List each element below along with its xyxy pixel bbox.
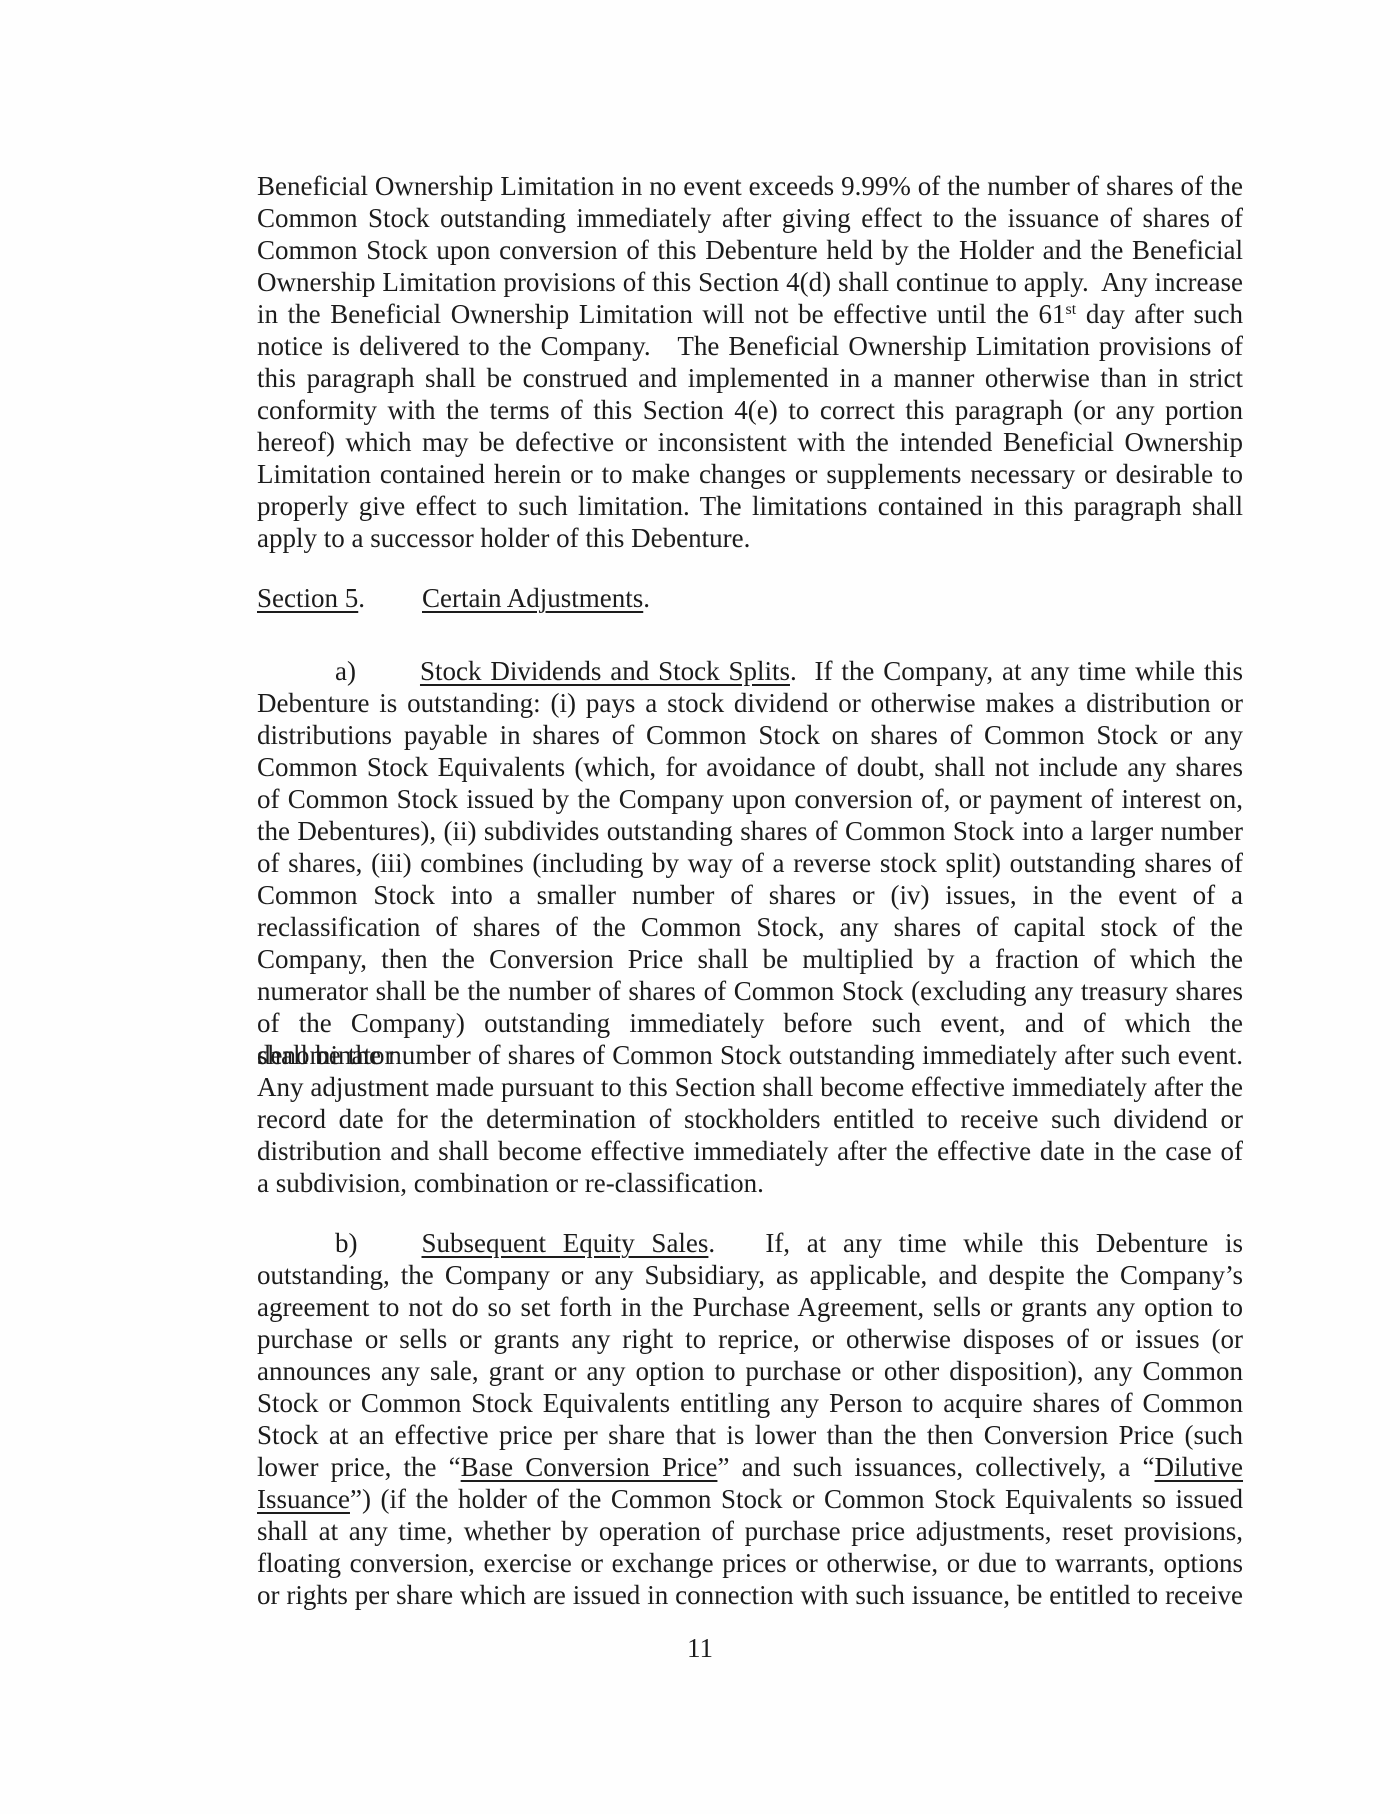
text-run: a) (335, 656, 356, 686)
text-line: conformity with the terms of this Sectio… (257, 394, 1243, 426)
text-line: apply to a successor holder of this Debe… (257, 522, 1243, 554)
indent-spacer (257, 679, 335, 680)
section-5-heading: Section 5. Certain Adjustments. (257, 582, 1243, 614)
text-run: ”) (if the holder of the Common Stock or… (350, 1484, 1243, 1514)
text-line: Common Stock Equivalents (which, for avo… (257, 751, 1243, 783)
text-line: of Common Stock issued by the Company up… (257, 783, 1243, 815)
text-run: conformity with the terms of this Sectio… (257, 395, 1243, 425)
underlined-text: Issuance (257, 1484, 350, 1514)
text-line: Common Stock into a smaller number of sh… (257, 879, 1243, 911)
underlined-text: Dilutive (1155, 1452, 1244, 1482)
text-line: Common Stock outstanding immediately aft… (257, 202, 1243, 234)
text-run: record date for the determination of sto… (257, 1104, 1243, 1134)
text-line: shall be the number of shares of Common … (257, 1039, 1243, 1071)
tab-spacer (356, 679, 420, 680)
section-number-period: . (358, 583, 365, 613)
text-run: Beneficial Ownership Limitation in no ev… (257, 171, 1243, 201)
text-line: floating conversion, exercise or exchang… (257, 1547, 1243, 1579)
text-line: Ownership Limitation provisions of this … (257, 266, 1243, 298)
text-run: . If the Company, at any time while this (790, 656, 1243, 686)
document-page: Beneficial Ownership Limitation in no ev… (0, 0, 1400, 1814)
text-run: b) (335, 1228, 358, 1258)
section-title-period: . (643, 583, 650, 613)
text-line: notice is delivered to the Company. The … (257, 330, 1243, 362)
page-number: 11 (0, 1632, 1400, 1664)
text-line: hereof) which may be defective or incons… (257, 426, 1243, 458)
text-run: Stock or Common Stock Equivalents entitl… (257, 1388, 1243, 1418)
indent-spacer (257, 1251, 335, 1252)
text-line: Issuance”) (if the holder of the Common … (257, 1483, 1243, 1515)
section-number: Section 5. (257, 583, 365, 613)
text-line: purchase or sells or grants any right to… (257, 1323, 1243, 1355)
text-line: of shares, (iii) combines (including by … (257, 847, 1243, 879)
text-run: Stock at an effective price per share th… (257, 1420, 1243, 1450)
text-line: agreement to not do so set forth in the … (257, 1291, 1243, 1323)
text-run: or rights per share which are issued in … (257, 1580, 1243, 1610)
text-line: shall at any time, whether by operation … (257, 1515, 1243, 1547)
text-line: the Debentures), (ii) subdivides outstan… (257, 815, 1243, 847)
text-run: Any adjustment made pursuant to this Sec… (257, 1072, 1243, 1102)
text-line: distributions payable in shares of Commo… (257, 719, 1243, 751)
paragraph-a-stock-dividends-and-stock-splits: a)Stock Dividends and Stock Splits. If t… (257, 655, 1243, 1199)
text-run: the Debentures), (ii) subdivides outstan… (257, 816, 1243, 846)
text-run: of Common Stock issued by the Company up… (257, 784, 1243, 814)
text-run: lower price, the “ (257, 1452, 461, 1482)
text-line: numerator shall be the number of shares … (257, 975, 1243, 1007)
text-run: notice is delivered to the Company. The … (257, 331, 1243, 361)
text-line: Company, then the Conversion Price shall… (257, 943, 1243, 975)
text-line: Debenture is outstanding: (i) pays a sto… (257, 687, 1243, 719)
text-line: a)Stock Dividends and Stock Splits. If t… (257, 655, 1243, 687)
underlined-text: Base Conversion Price (461, 1452, 718, 1482)
section-title: Certain Adjustments. (422, 582, 650, 614)
text-run: Common Stock into a smaller number of sh… (257, 880, 1243, 910)
text-run: purchase or sells or grants any right to… (257, 1324, 1243, 1354)
text-line: b)Subsequent Equity Sales. If, at any ti… (257, 1227, 1243, 1259)
text-line: properly give effect to such limitation.… (257, 490, 1243, 522)
text-run: . If, at any time while this Debenture i… (708, 1228, 1243, 1258)
section-number-text: Section 5 (257, 583, 358, 613)
text-run: Common Stock outstanding immediately aft… (257, 203, 1243, 233)
text-run: distributions payable in shares of Commo… (257, 720, 1243, 750)
text-run: numerator shall be the number of shares … (257, 976, 1243, 1006)
tab-spacer (358, 1251, 422, 1252)
text-run: Limitation contained herein or to make c… (257, 459, 1243, 489)
text-run: shall at any time, whether by operation … (257, 1516, 1243, 1546)
underlined-text: Stock Dividends and Stock Splits (420, 656, 790, 686)
text-run: Company, then the Conversion Price shall… (257, 944, 1243, 974)
text-run: Ownership Limitation provisions of this … (257, 267, 1243, 297)
text-line: Beneficial Ownership Limitation in no ev… (257, 170, 1243, 202)
text-run: a subdivision, combination or re-classif… (257, 1168, 764, 1198)
text-run: day after such (1076, 299, 1243, 329)
text-run: shall be the number of shares of Common … (257, 1040, 1243, 1070)
paragraph-beneficial-ownership-limitation: Beneficial Ownership Limitation in no ev… (257, 170, 1243, 554)
text-run: outstanding, the Company or any Subsidia… (257, 1260, 1243, 1290)
text-line: Any adjustment made pursuant to this Sec… (257, 1071, 1243, 1103)
text-run: Common Stock upon conversion of this Deb… (257, 235, 1243, 265)
text-run: in the Beneficial Ownership Limitation w… (257, 299, 1066, 329)
text-run: this paragraph shall be construed and im… (257, 363, 1243, 393)
text-run: distribution and shall become effective … (257, 1136, 1243, 1166)
text-line: a subdivision, combination or re-classif… (257, 1167, 1243, 1199)
text-run: floating conversion, exercise or exchang… (257, 1548, 1243, 1578)
superscript-text: st (1066, 301, 1077, 318)
text-line: this paragraph shall be construed and im… (257, 362, 1243, 394)
text-run: agreement to not do so set forth in the … (257, 1292, 1243, 1322)
text-run: Common Stock Equivalents (which, for avo… (257, 752, 1243, 782)
text-line: reclassification of shares of the Common… (257, 911, 1243, 943)
text-run: properly give effect to such limitation.… (257, 491, 1243, 521)
text-line: of the Company) outstanding immediately … (257, 1007, 1243, 1039)
text-run: hereof) which may be defective or incons… (257, 427, 1243, 457)
text-line: Stock at an effective price per share th… (257, 1419, 1243, 1451)
text-line: lower price, the “Base Conversion Price”… (257, 1451, 1243, 1483)
underlined-text: Subsequent Equity Sales (422, 1228, 709, 1258)
text-run: ” and such issuances, collectively, a “ (717, 1452, 1154, 1482)
text-line: distribution and shall become effective … (257, 1135, 1243, 1167)
paragraph-b-subsequent-equity-sales: b)Subsequent Equity Sales. If, at any ti… (257, 1227, 1243, 1611)
text-line: Limitation contained herein or to make c… (257, 458, 1243, 490)
text-line: in the Beneficial Ownership Limitation w… (257, 298, 1243, 330)
text-line: announces any sale, grant or any option … (257, 1355, 1243, 1387)
text-line: Common Stock upon conversion of this Deb… (257, 234, 1243, 266)
text-run: reclassification of shares of the Common… (257, 912, 1243, 942)
text-line: Stock or Common Stock Equivalents entitl… (257, 1387, 1243, 1419)
text-line: or rights per share which are issued in … (257, 1579, 1243, 1611)
text-run: Debenture is outstanding: (i) pays a sto… (257, 688, 1243, 718)
text-line: outstanding, the Company or any Subsidia… (257, 1259, 1243, 1291)
text-run: apply to a successor holder of this Debe… (257, 523, 750, 553)
text-line: record date for the determination of sto… (257, 1103, 1243, 1135)
text-run: of shares, (iii) combines (including by … (257, 848, 1243, 878)
text-run: announces any sale, grant or any option … (257, 1356, 1243, 1386)
section-title-text: Certain Adjustments (422, 583, 643, 613)
